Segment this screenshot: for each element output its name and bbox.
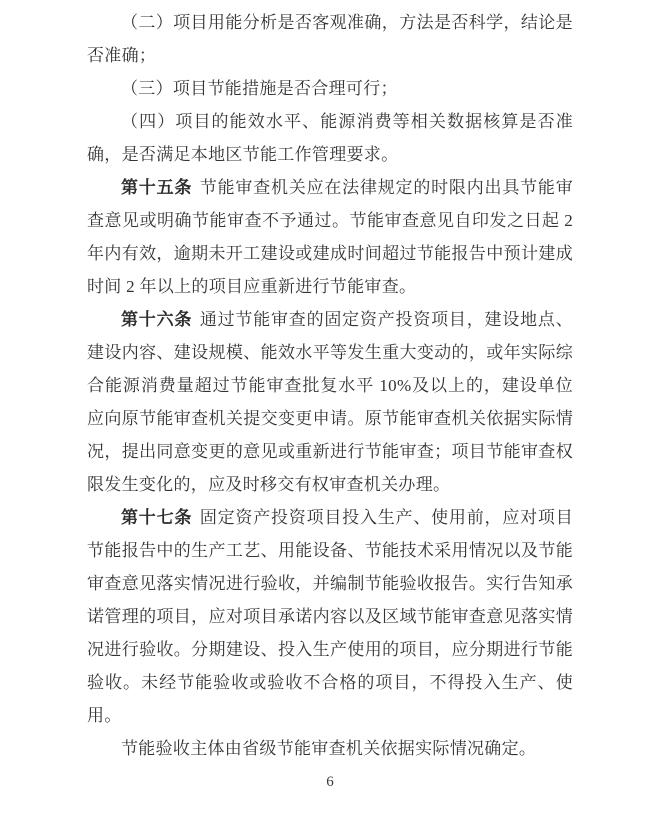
clause-text: 通过节能审查的固定资产投资项目，建设地点、建设内容、建设规模、能效水平等发生重大… xyxy=(87,310,573,494)
clause-text: （二）项目用能分析是否客观准确，方法是否科学，结论是否准确； xyxy=(87,13,573,65)
document-body: （二）项目用能分析是否客观准确，方法是否科学，结论是否准确； （三）项目节能措施… xyxy=(87,6,573,792)
clause-number: 第十六条 xyxy=(121,310,192,329)
clause-text: （三）项目节能措施是否合理可行； xyxy=(121,79,398,98)
clause-text: 固定资产投资项目投入生产、使用前，应对项目节能报告中的生产工艺、用能设备、节能技… xyxy=(87,508,573,725)
clause-paragraph: 第十七条固定资产投资项目投入生产、使用前，应对项目节能报告中的生产工艺、用能设备… xyxy=(87,501,573,732)
clause-paragraph: 节能验收主体由省级节能审查机关依据实际情况确定。 xyxy=(87,732,573,765)
clause-paragraph: 第十五条节能审查机关应在法律规定的时限内出具节能审查意见或明确节能审查不予通过。… xyxy=(87,171,573,303)
clause-text: 节能验收主体由省级节能审查机关依据实际情况确定。 xyxy=(121,739,536,758)
clause-number: 第十五条 xyxy=(121,178,192,197)
clause-paragraph: 第十六条通过节能审查的固定资产投资项目，建设地点、建设内容、建设规模、能效水平等… xyxy=(87,303,573,501)
clause-number: 第十七条 xyxy=(121,508,192,527)
clause-paragraph: （三）项目节能措施是否合理可行； xyxy=(87,72,573,105)
clause-paragraph: （四）项目的能效水平、能源消费等相关数据核算是否准确，是否满足本地区节能工作管理… xyxy=(87,105,573,171)
clause-text: （四）项目的能效水平、能源消费等相关数据核算是否准确，是否满足本地区节能工作管理… xyxy=(87,112,573,164)
clause-paragraph: （二）项目用能分析是否客观准确，方法是否科学，结论是否准确； xyxy=(87,6,573,72)
document-page: （二）项目用能分析是否客观准确，方法是否科学，结论是否准确； （三）项目节能措施… xyxy=(0,0,660,828)
page-number: 6 xyxy=(87,772,573,792)
